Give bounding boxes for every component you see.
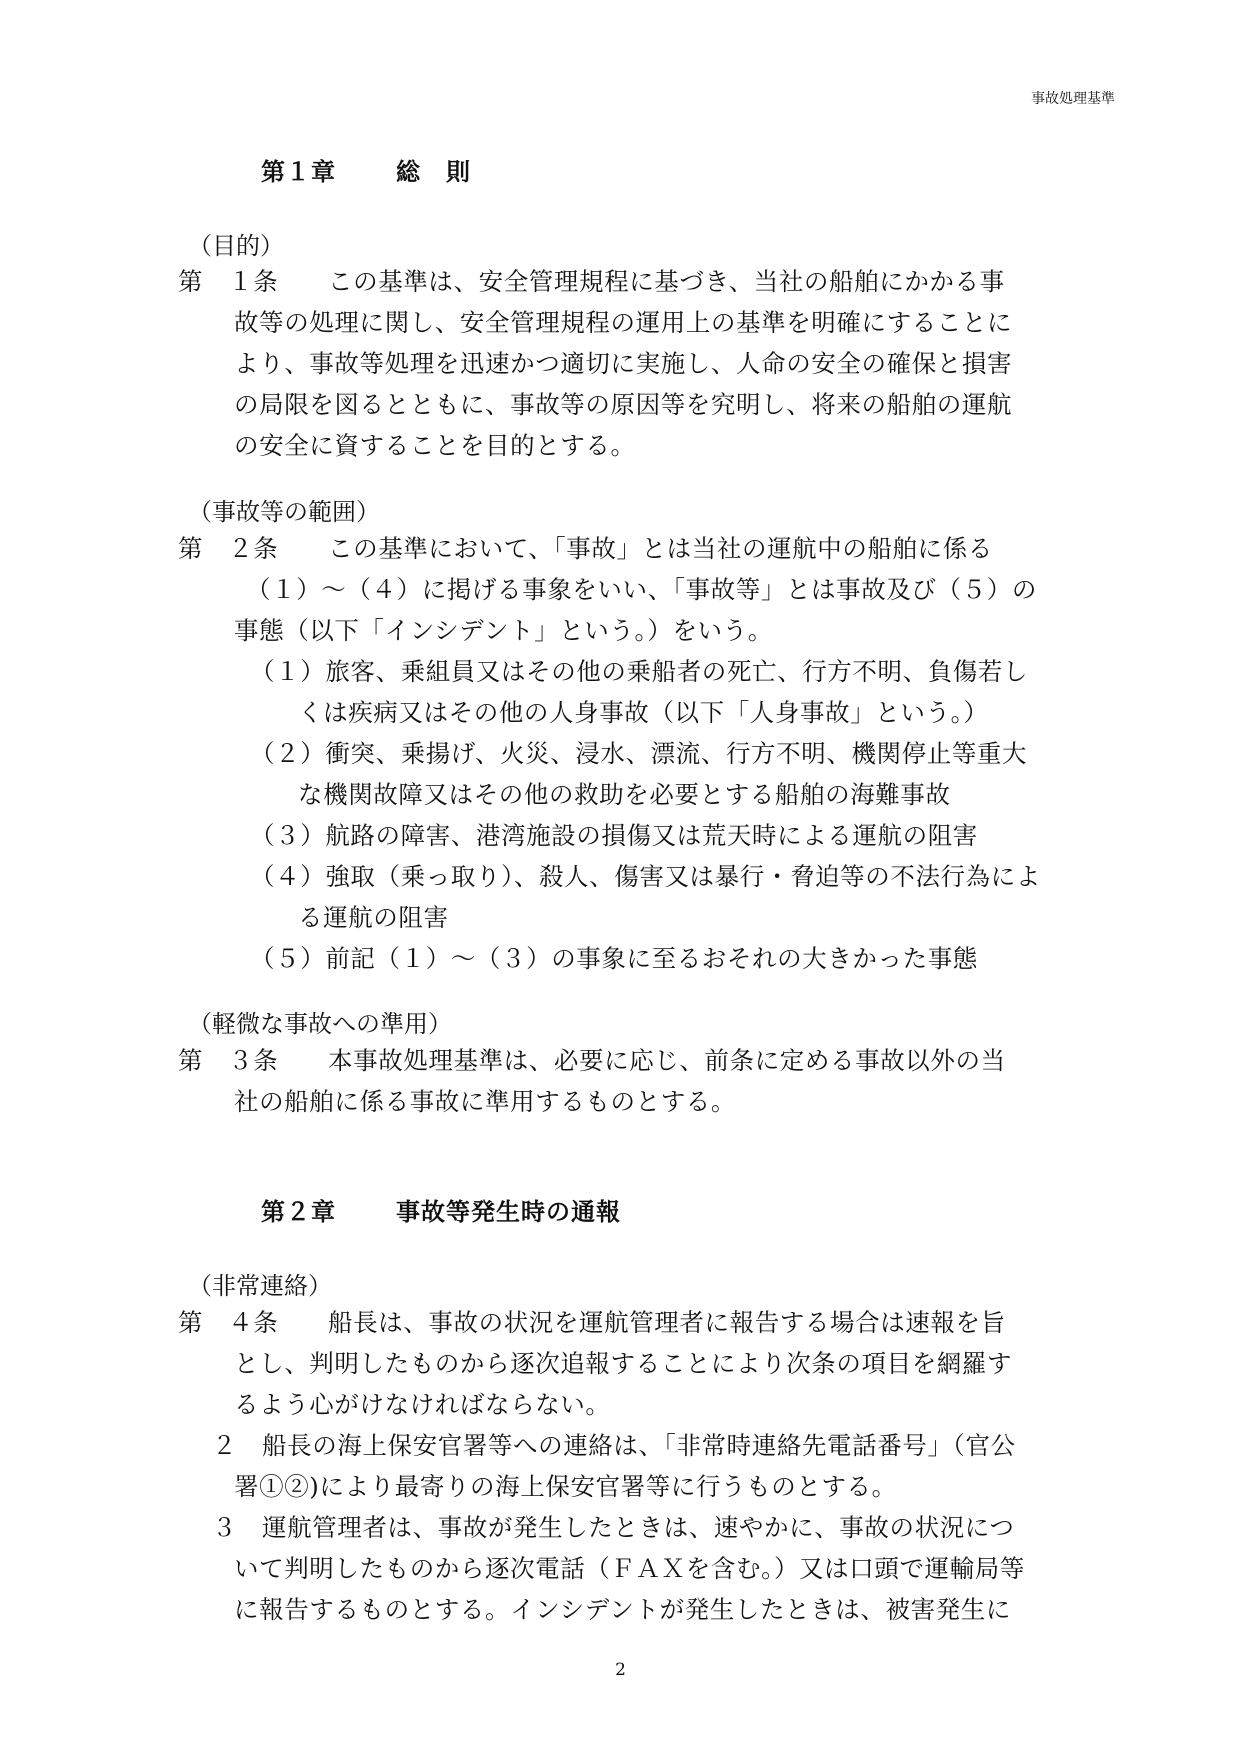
chapter-1-title: 第１章総 則 <box>261 152 471 187</box>
article-text-line: 本事故処理基準は、必要に応じ、前条に定める事故以外の当 <box>328 1046 1006 1075</box>
item-label: （４） <box>250 862 325 891</box>
chapter-number: 第１章 <box>261 157 336 186</box>
article-text-line: 社の船舶に係る事故に準用するものとする。 <box>234 1083 736 1118</box>
list-item: （４）強取（乗っ取り）、殺人、傷害又は暴行・脅迫等の不法行為によ <box>250 858 1041 893</box>
paragraph: ２船長の海上保安官署等への連絡は、「非常時連絡先電話番号」（官公 <box>212 1427 1016 1462</box>
list-item: （１）旅客、乗組員又はその他の乗船者の死亡、行方不明、負傷若し <box>250 653 1028 688</box>
article-text-line: この基準は、安全管理規程に基づき、当社の船舶にかかる事 <box>328 267 1005 296</box>
chapter-number: 第２章 <box>261 1197 336 1226</box>
article-text-line: 船長は、事故の状況を運航管理者に報告する場合は速報を旨 <box>328 1308 1006 1337</box>
running-header: 事故処理基準 <box>1031 88 1115 108</box>
article-text-line: の安全に資することを目的とする。 <box>234 427 636 462</box>
article-caption: （軽微な事故への準用） <box>188 1004 452 1039</box>
chapter-2-title: 第２章事故等発生時の通報 <box>261 1192 621 1227</box>
paragraph-continuation: いて判明したものから逐次電話（ＦＡＸを含む。）又は口頭で運輸局等 <box>234 1550 1025 1585</box>
paragraph-continuation: に報告するものとする。インシデントが発生したときは、被害発生に <box>234 1591 1011 1626</box>
article-text-line: とし、判明したものから逐次追報することにより次条の項目を網羅す <box>234 1345 1012 1380</box>
article-text-line: の局限を図るとともに、事故等の原因等を究明し、将来の船舶の運航 <box>234 386 1012 421</box>
paragraph: ３運航管理者は、事故が発生したときは、速やかに、事故の状況につ <box>212 1509 1015 1544</box>
article-text-line: この基準において、「事故」とは当社の運航中の船舶に係る <box>328 534 993 563</box>
article-caption: （目的） <box>188 226 284 261</box>
article-number: 第 １条 <box>178 263 328 298</box>
item-label: （３） <box>250 821 325 850</box>
article-caption: （事故等の範囲） <box>188 492 380 527</box>
item-label: （５） <box>250 944 325 973</box>
chapter-name: 事故等発生時の通報 <box>396 1197 621 1226</box>
paragraph-label: ２ <box>212 1427 262 1462</box>
item-label: （１） <box>250 657 325 686</box>
article-number: 第 ３条 <box>178 1042 328 1077</box>
list-item-continuation: な機関故障又はその他の救助を必要とする船舶の海難事故 <box>298 776 951 811</box>
list-item-continuation: くは疾病又はその他の人身事故（以下「人身事故」という。） <box>298 694 989 729</box>
list-item: （２）衝突、乗揚げ、火災、浸水、漂流、行方不明、機関停止等重大 <box>250 735 1027 770</box>
item-label: （２） <box>250 739 325 768</box>
article-text-line: るよう心がけなければならない。 <box>234 1386 611 1421</box>
chapter-name: 総 則 <box>396 157 471 186</box>
list-item-continuation: る運航の阻害 <box>298 899 449 934</box>
paragraph-continuation: 署①②)により最寄りの海上保安官署等に行うものとする。 <box>234 1468 897 1503</box>
article-caption: （非常連絡） <box>188 1266 332 1301</box>
article-text-line: より、事故等処理を迅速かつ適切に実施し、人命の安全の確保と損害 <box>234 345 1012 380</box>
article-text-line: （１）～（４）に掲げる事象をいい、「事故等」とは事故及び（５）の <box>246 571 1037 606</box>
list-item: （５）前記（１）～（３）の事象に至るおそれの大きかった事態 <box>250 940 978 975</box>
list-item: （３）航路の障害、港湾施設の損傷又は荒天時による運航の阻害 <box>250 817 978 852</box>
article-text-line: 事態（以下「インシデント」という。）をいう。 <box>234 612 773 647</box>
page-number: 2 <box>0 1660 1241 1680</box>
article-number: 第 ４条 <box>178 1304 328 1339</box>
paragraph-label: ３ <box>212 1509 262 1544</box>
article-text-line: 故等の処理に関し、安全管理規程の運用上の基準を明確にすることに <box>234 304 1012 339</box>
article-number: 第 ２条 <box>178 530 328 565</box>
